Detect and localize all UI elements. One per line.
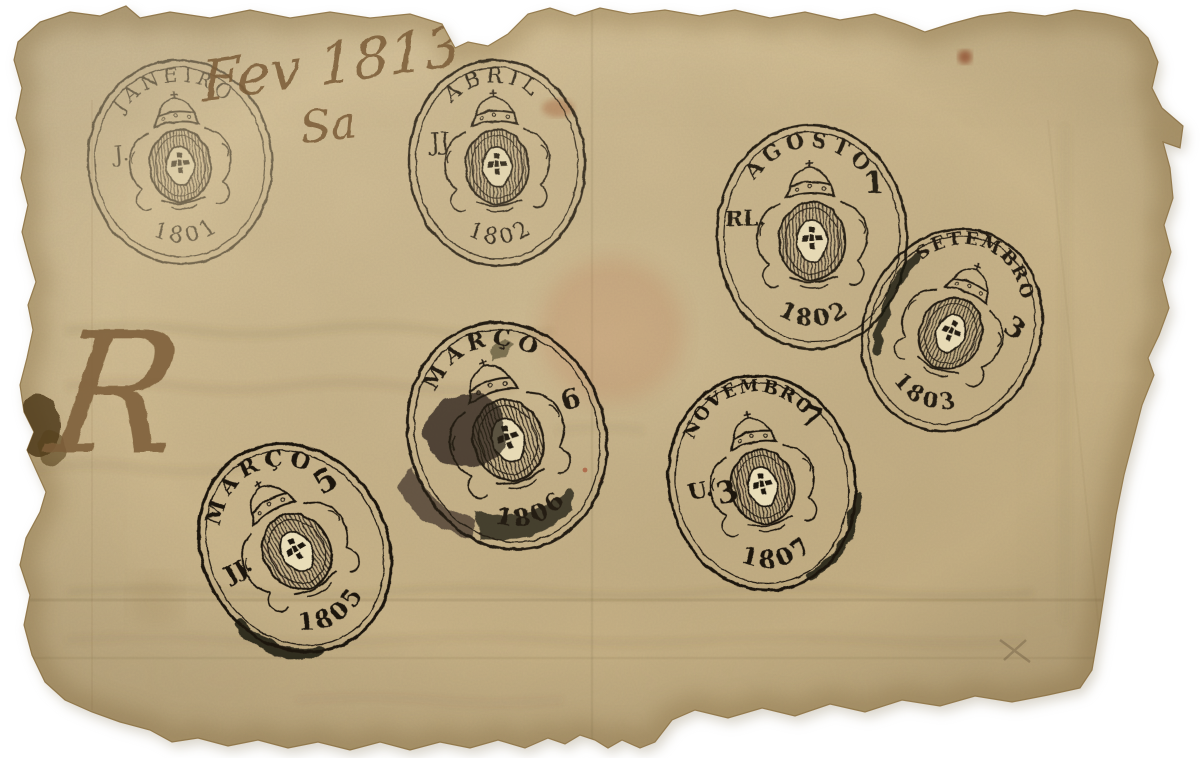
stamp-left-mark: RL. — [725, 205, 765, 231]
rust-sunburst-stain — [540, 258, 684, 402]
red-speckle — [583, 468, 588, 473]
paper-sheet: JANEIRO1801J.ABRIL1802JJAGOSTO1802RL.1SE… — [0, 0, 1200, 758]
foxing-spot — [958, 50, 972, 64]
handwritten-flourish: Sa — [298, 97, 359, 154]
faint-smudge — [129, 574, 181, 626]
stamp-right-mark: 1 — [863, 165, 885, 201]
photo-of-old-banknote-verso: JANEIRO1801J.ABRIL1802JJAGOSTO1802RL.1SE… — [0, 0, 1200, 758]
